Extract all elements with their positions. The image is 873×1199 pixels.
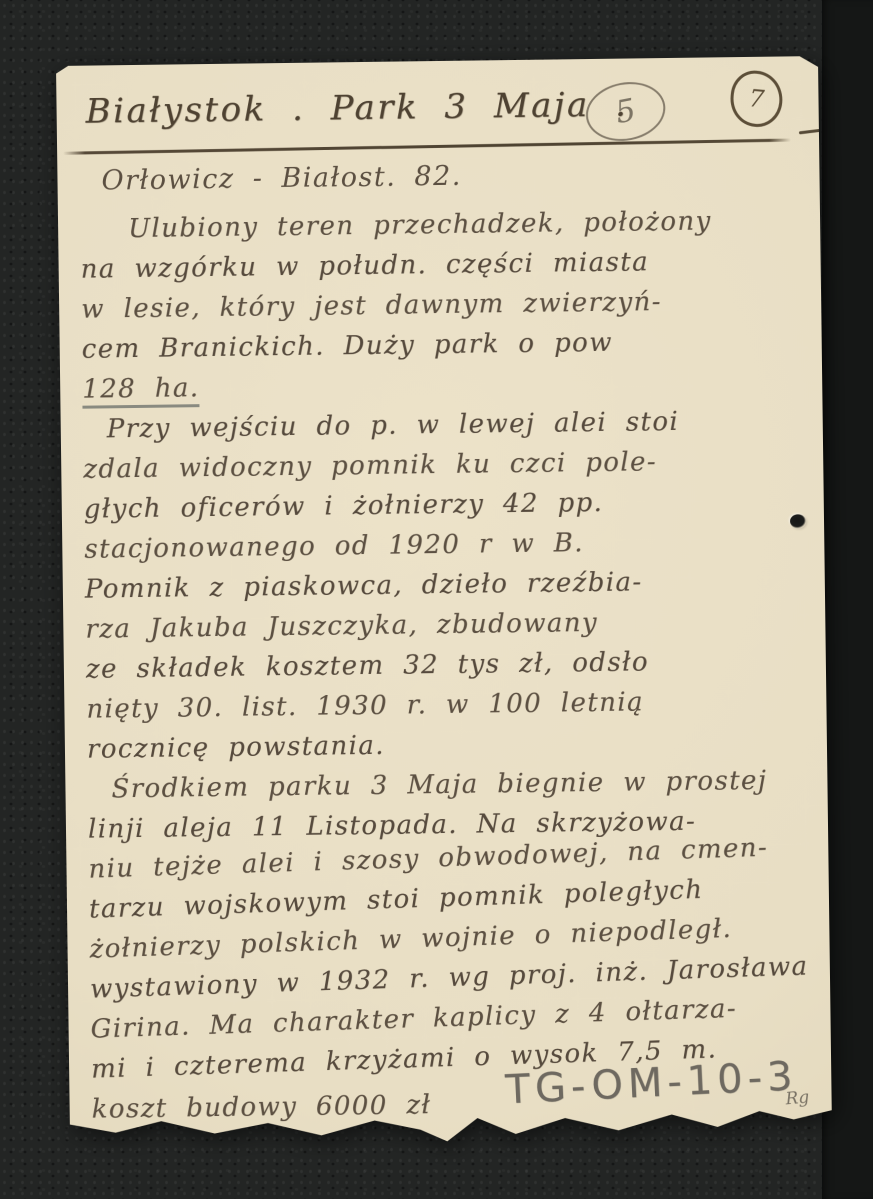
note-body: Ulubiony teren przechadzek, położony na … (80, 200, 820, 1129)
index-card: Białystok . Park 3 Maja . 5 7 Orłowicz -… (56, 56, 832, 1154)
bibliographic-reference: Orłowicz - Białost. 82. (101, 161, 462, 197)
underlined-area-value: 128 ha. (82, 373, 200, 409)
card-title: Białystok . Park 3 Maja . (85, 85, 628, 132)
archivist-initials: Rg (785, 1087, 810, 1109)
title-underline-dash (799, 129, 821, 135)
corner-mark-value: 7 (748, 84, 766, 113)
circled-number-value: 5 (613, 92, 639, 131)
title-row: Białystok . Park 3 Maja . 5 7 (85, 74, 796, 149)
corner-circle-mark: 7 (728, 69, 785, 130)
index-card-wrapper: Białystok . Park 3 Maja . 5 7 Orłowicz -… (56, 56, 832, 1154)
